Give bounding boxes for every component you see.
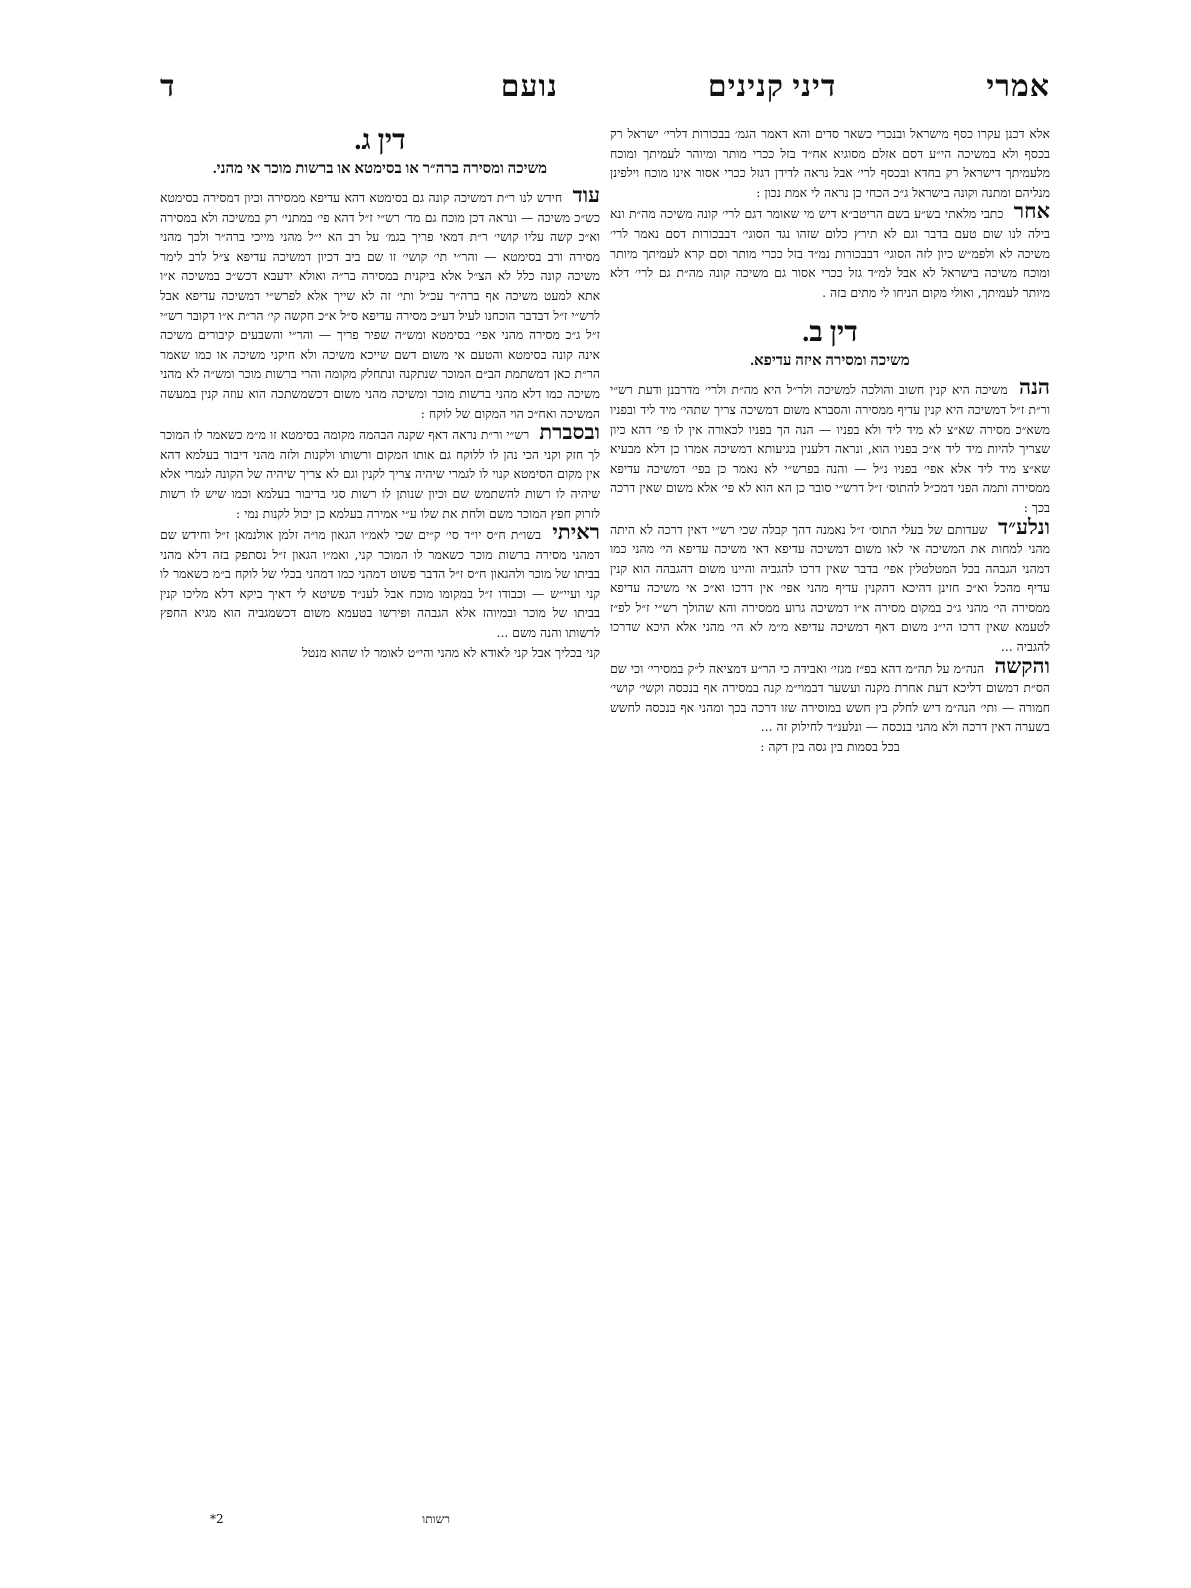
section-subtitle: משיכה ומסירה איזה עדיפא.: [610, 350, 1050, 372]
section-title: דין ג.: [160, 124, 600, 158]
section-heading-b: דין ב. משיכה ומסירה איזה עדיפא.: [610, 316, 1050, 372]
book-page: אמרי דיני קנינים נועם ד אלא דכנן עקרו כס…: [160, 70, 1050, 757]
paragraph-lead-word: ובסברת: [539, 420, 600, 444]
paragraph: והקשה הנה״מ על תה״מ דהא בפ״ז מגזי׳ ואביד…: [610, 657, 1050, 737]
paragraph: ונלע״ד שעדותם של בעלי התוס׳ ז״ל נאמנה דה…: [610, 518, 1050, 657]
paragraph-lead-word: ונלע״ד: [998, 515, 1050, 539]
last-line: קני בכליך אבל קני לאודא לא מהני והי״ט לא…: [160, 643, 600, 663]
paragraph-text: משיכה היא קנין חשוב והולכה למשיכה ולר״ל …: [610, 382, 1050, 515]
right-column: אלא דכנן עקרו כסף מישראל ובנכרי כשאר סדי…: [610, 124, 1050, 757]
paragraph-text: בשו״ת ח״ס יו״ד סי׳ ק״ים שכי לאמ״ו הגאון …: [160, 527, 600, 640]
closing-line: בכל בסמות בין גסה בין דקה :: [610, 737, 1050, 757]
paragraph-lead-word: ראיתי: [552, 520, 600, 544]
page-letter: ד: [160, 70, 175, 104]
paragraph-lead-word: והקשה: [994, 654, 1050, 678]
signature-mark: 2*: [210, 1512, 224, 1527]
paragraph-text: כתבי מלאתי בש״ע בשם הריטב״א דיש מי שאומר…: [610, 206, 1050, 299]
paragraph-lead-word: אחר: [1014, 199, 1050, 223]
page-footer: רשותו 2*: [210, 1512, 450, 1527]
catchword: רשותו: [422, 1512, 450, 1527]
section-title: דין ב.: [610, 316, 1050, 350]
paragraph: ראיתי בשו״ת ח״ס יו״ד סי׳ ק״ים שכי לאמ״ו …: [160, 523, 600, 643]
paragraph: הנה משיכה היא קנין חשוב והולכה למשיכה ול…: [610, 378, 1050, 517]
paragraph: ובסברת רש״י ור״ת נראה דאף שקנה הבהמה מקו…: [160, 423, 600, 523]
paragraph-text: רש״י ור״ת נראה דאף שקנה הבהמה מקומה בסימ…: [160, 427, 600, 520]
left-column: דין ג. משיכה ומסירה ברה״ר או בסימטא או ב…: [160, 124, 600, 757]
two-column-body: אלא דכנן עקרו כסף מישראל ובנכרי כשאר סדי…: [160, 124, 1050, 757]
running-head-title: אמרי דיני קנינים נועם: [501, 70, 1050, 104]
paragraph: אחר כתבי מלאתי בש״ע בשם הריטב״א דיש מי ש…: [610, 202, 1050, 302]
paragraph-text: שעדותם של בעלי התוס׳ ז״ל נאמנה דהך קבלה …: [610, 522, 1050, 655]
paragraph-lead-word: הנה: [1019, 375, 1050, 399]
paragraph-lead-word: עוד: [573, 183, 600, 207]
section-heading-g: דין ג. משיכה ומסירה ברה״ר או בסימטא או ב…: [160, 124, 600, 180]
paragraph: עוד חידש לנו ר״ת דמשיכה קונה גם בסימטא ד…: [160, 186, 600, 423]
running-head-word: דיני קנינים: [708, 70, 836, 104]
section-subtitle: משיכה ומסירה ברה״ר או בסימטא או ברשות מו…: [160, 158, 600, 180]
paragraph-text: הנה״מ על תה״מ דהא בפ״ז מגזי׳ ואבידה כי ה…: [610, 661, 1050, 735]
running-head-word: אמרי: [986, 70, 1050, 104]
continued-paragraph: אלא דכנן עקרו כסף מישראל ובנכרי כשאר סדי…: [610, 124, 1050, 202]
running-head-word: נועם: [501, 70, 558, 104]
paragraph-text: חידש לנו ר״ת דמשיכה קונה גם בסימטא דהא ע…: [160, 190, 600, 421]
running-head: אמרי דיני קנינים נועם ד: [160, 70, 1050, 120]
